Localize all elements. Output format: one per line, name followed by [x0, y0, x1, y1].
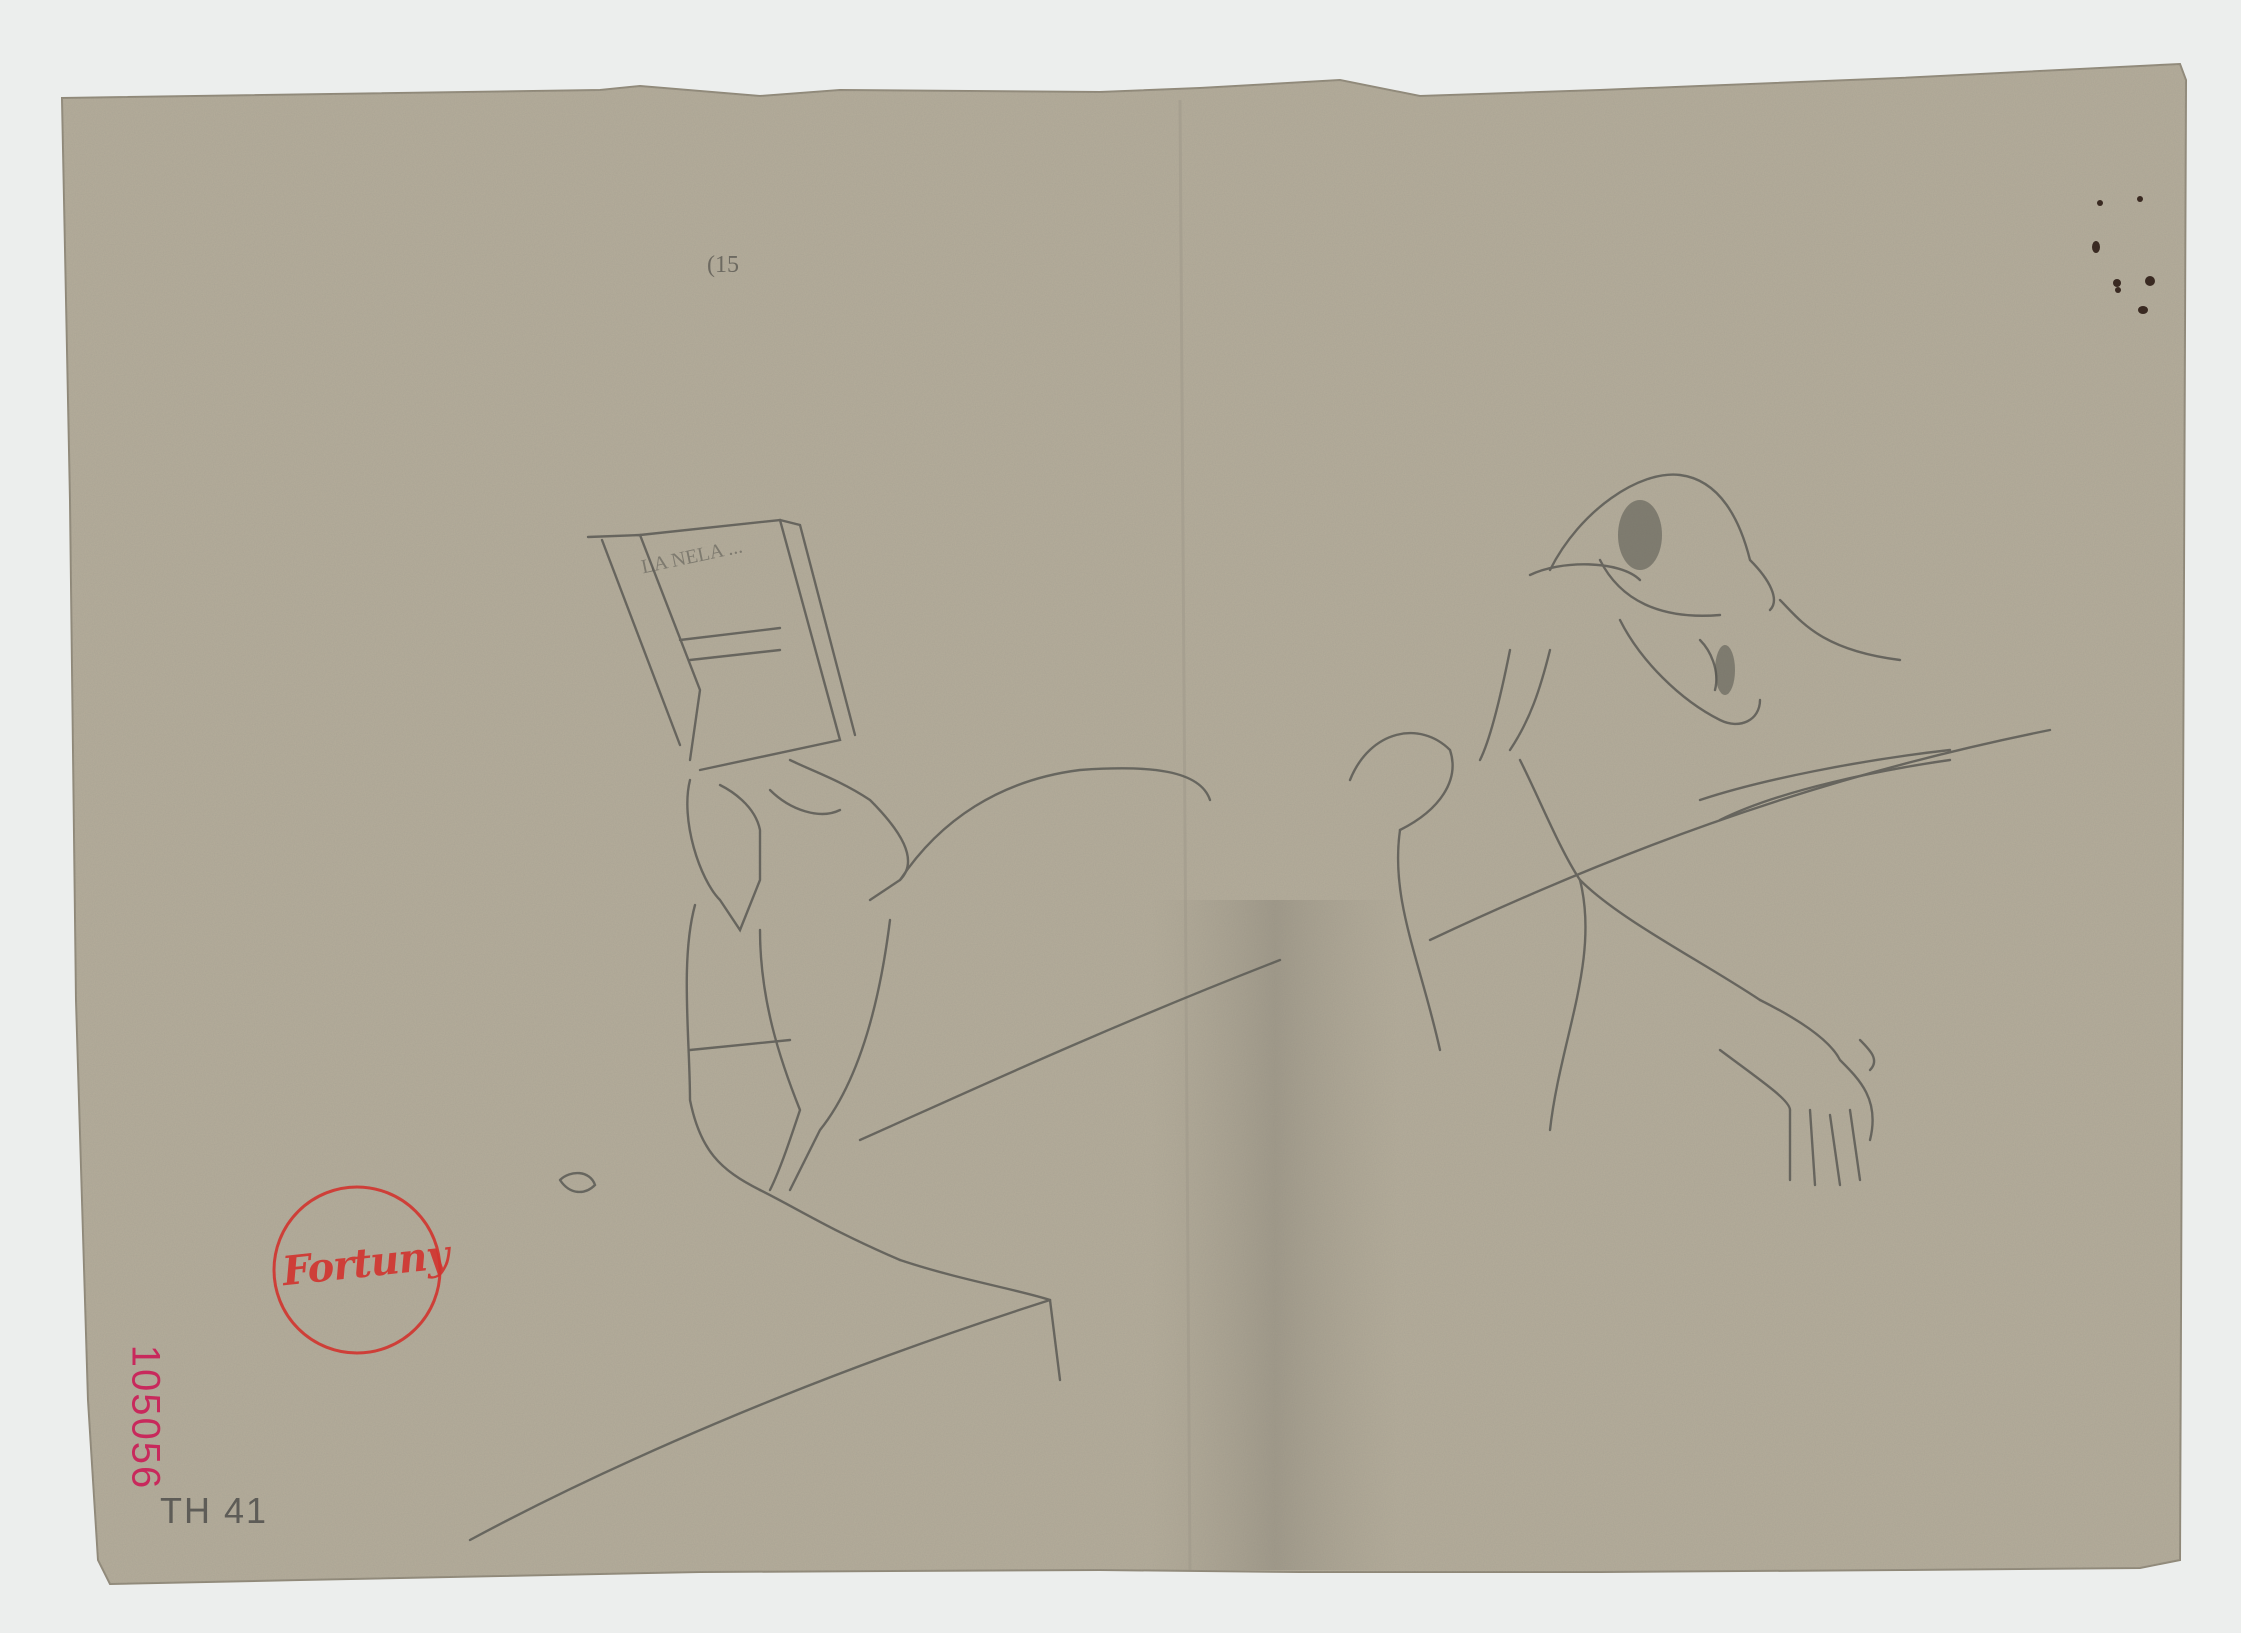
inventory-number: 105056	[123, 1333, 168, 1503]
sketch-canvas	[0, 0, 2241, 1633]
sheet-number: (15	[707, 252, 739, 279]
artwork-sheet: Fortuny 105056 TH 41 (15 LA NELA ...	[0, 0, 2241, 1633]
pencil-note: TH 41	[160, 1490, 268, 1532]
